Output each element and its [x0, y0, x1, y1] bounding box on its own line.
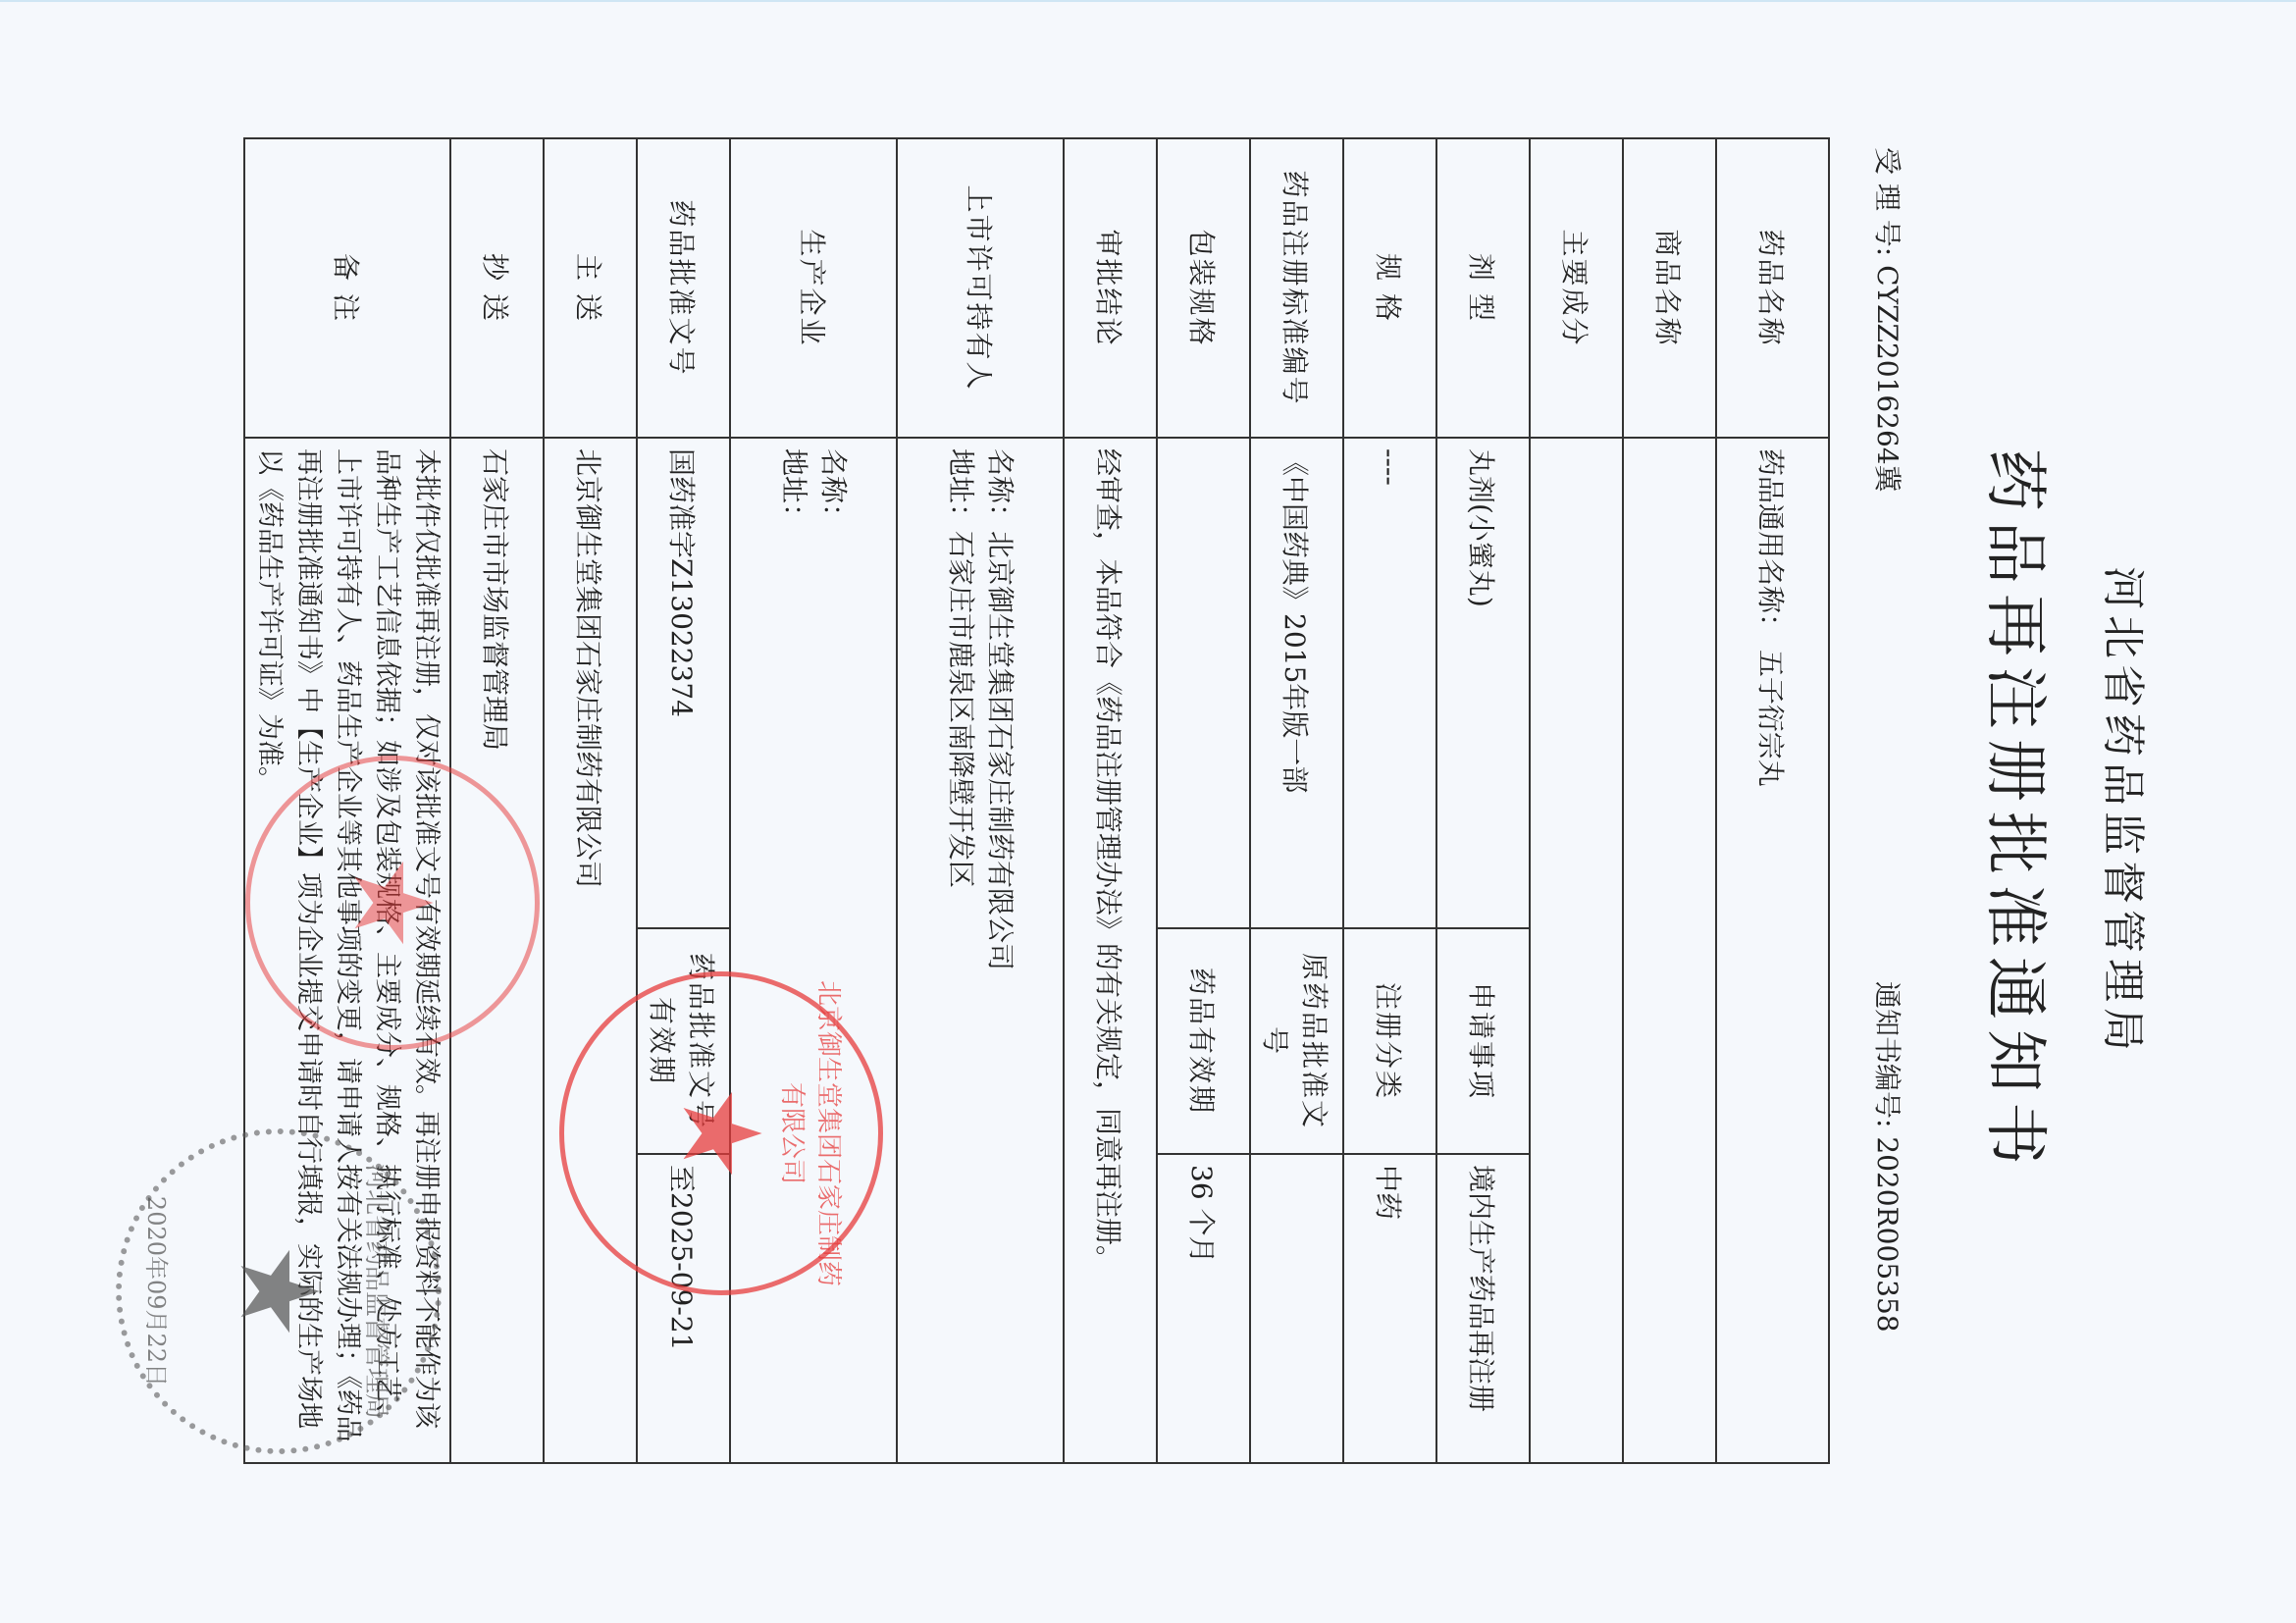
row-conclusion: 审批结论 经审查，本品符合《药品注册管理办法》的有关规定，同意再注册。 — [1064, 138, 1157, 1463]
standard-label: 药品注册标准编号 — [1250, 138, 1343, 438]
row-dosage-form: 剂 型 丸剂(小蜜丸) 申请事项 境内生产药品再注册 — [1436, 138, 1530, 1463]
manufacturer-label: 生产企业 — [730, 138, 897, 438]
cc-label: 抄 送 — [450, 138, 544, 438]
drug-name-label: 药品名称 — [1716, 138, 1829, 438]
mah-name: 名称：北京御生堂集团石家庄制药有限公司 — [980, 448, 1019, 1452]
scan-artifact — [0, 0, 2296, 2]
drug-name-value: 药品通用名称： 五子衍宗丸 — [1716, 438, 1829, 1463]
trade-name-label: 商品名称 — [1623, 138, 1716, 438]
registration-table: 药品名称 药品通用名称： 五子衍宗丸 商品名称 主要成分 剂 型 丸剂(小蜜丸)… — [243, 137, 1830, 1464]
packaging-value — [1157, 438, 1250, 928]
manufacturer-address: 地址： — [774, 448, 813, 1452]
main-recipient-label: 主 送 — [544, 138, 637, 438]
notice-number: 通知书编号: 2020R005358 — [1869, 981, 1908, 1333]
manufacturer-name: 名称： — [813, 448, 853, 1452]
mah-value: 名称：北京御生堂集团石家庄制药有限公司 地址：石家庄市鹿泉区南降壁开发区 — [897, 438, 1064, 1463]
dosage-form-label: 剂 型 — [1436, 138, 1530, 438]
mah-address: 地址：石家庄市鹿泉区南降壁开发区 — [941, 448, 980, 1452]
trade-name-value — [1623, 438, 1716, 1463]
row-drug-name: 药品名称 药品通用名称： 五子衍宗丸 — [1716, 138, 1829, 1463]
cc-value: 石家庄市市场监督管理局 — [450, 438, 544, 1463]
orig-approval-value — [1250, 1154, 1343, 1463]
approval-no-label: 药品批准文号 — [637, 138, 730, 438]
issuing-agency: 河北省药品监督管理局 — [2096, 0, 2159, 1623]
validity-value: 36 个月 — [1157, 1154, 1250, 1463]
stamp-date: 2020年09月22日 — [141, 1134, 176, 1448]
category-value: 中药 — [1343, 1154, 1436, 1463]
validity-label: 药品有效期 — [1157, 928, 1250, 1154]
standard-value: 《中国药典》2015年版一部 — [1250, 438, 1343, 928]
row-trade-name: 商品名称 — [1623, 138, 1716, 1463]
document-title: 药品再注册批准通知书 — [1975, 0, 2065, 1623]
row-mah: 上市许可持有人 名称：北京御生堂集团石家庄制药有限公司 地址：石家庄市鹿泉区南降… — [897, 138, 1064, 1463]
document-page: 河北省药品监督管理局 药品再注册批准通知书 受 理 号: CYZZ2016264… — [0, 0, 2296, 1623]
approval-validity-value: 至2025-09-21 — [637, 1154, 730, 1463]
row-packaging: 包装规格 药品有效期 36 个月 — [1157, 138, 1250, 1463]
row-ingredients: 主要成分 — [1530, 138, 1623, 1463]
notice-number-label: 通知书编号: — [1871, 981, 1904, 1127]
row-manufacturer: 生产企业 名称： 地址： — [730, 138, 897, 1463]
approval-no-value: 国药准字Z13022374 — [637, 438, 730, 928]
row-approval-no: 药品批准文号 国药准字Z13022374 药品批准文号有效期 至2025-09-… — [637, 138, 730, 1463]
spec-value: ---- — [1343, 438, 1436, 928]
acceptance-number-label: 受 理 号: — [1871, 147, 1904, 256]
row-standard: 药品注册标准编号 《中国药典》2015年版一部 原药品批准文号 — [1250, 138, 1343, 1463]
row-main-recipient: 主 送 北京御生堂集团石家庄制药有限公司 — [544, 138, 637, 1463]
main-recipient-value: 北京御生堂集团石家庄制药有限公司 — [544, 438, 637, 1463]
application-value: 境内生产药品再注册 — [1436, 1154, 1530, 1463]
application-label: 申请事项 — [1436, 928, 1530, 1154]
mah-label: 上市许可持有人 — [897, 138, 1064, 438]
remarks-value: 本批件仅批准再注册，仅对该批准文号有效期延续有效。再注册申报资料不能作为该品种生… — [244, 438, 450, 1463]
conclusion-value: 经审查，本品符合《药品注册管理办法》的有关规定，同意再注册。 — [1064, 438, 1157, 1463]
dosage-form-value: 丸剂(小蜜丸) — [1436, 438, 1530, 928]
row-spec: 规 格 ---- 注册分类 中药 — [1343, 138, 1436, 1463]
ingredients-value — [1530, 438, 1623, 1463]
approval-validity-label: 药品批准文号有效期 — [637, 928, 730, 1154]
orig-approval-label: 原药品批准文号 — [1250, 928, 1343, 1154]
ingredients-label: 主要成分 — [1530, 138, 1623, 438]
acceptance-number: 受 理 号: CYZZ2016264冀 — [1869, 147, 1908, 493]
remarks-label: 备 注 — [244, 138, 450, 438]
category-label: 注册分类 — [1343, 928, 1436, 1154]
packaging-label: 包装规格 — [1157, 138, 1250, 438]
conclusion-label: 审批结论 — [1064, 138, 1157, 438]
row-remarks: 备 注 本批件仅批准再注册，仅对该批准文号有效期延续有效。再注册申报资料不能作为… — [244, 138, 450, 1463]
notice-number-value: 2020R005358 — [1871, 1136, 1904, 1332]
row-cc: 抄 送 石家庄市市场监督管理局 — [450, 138, 544, 1463]
manufacturer-value: 名称： 地址： — [730, 438, 897, 1463]
spec-label: 规 格 — [1343, 138, 1436, 438]
acceptance-number-value: CYZZ2016264冀 — [1871, 265, 1904, 493]
